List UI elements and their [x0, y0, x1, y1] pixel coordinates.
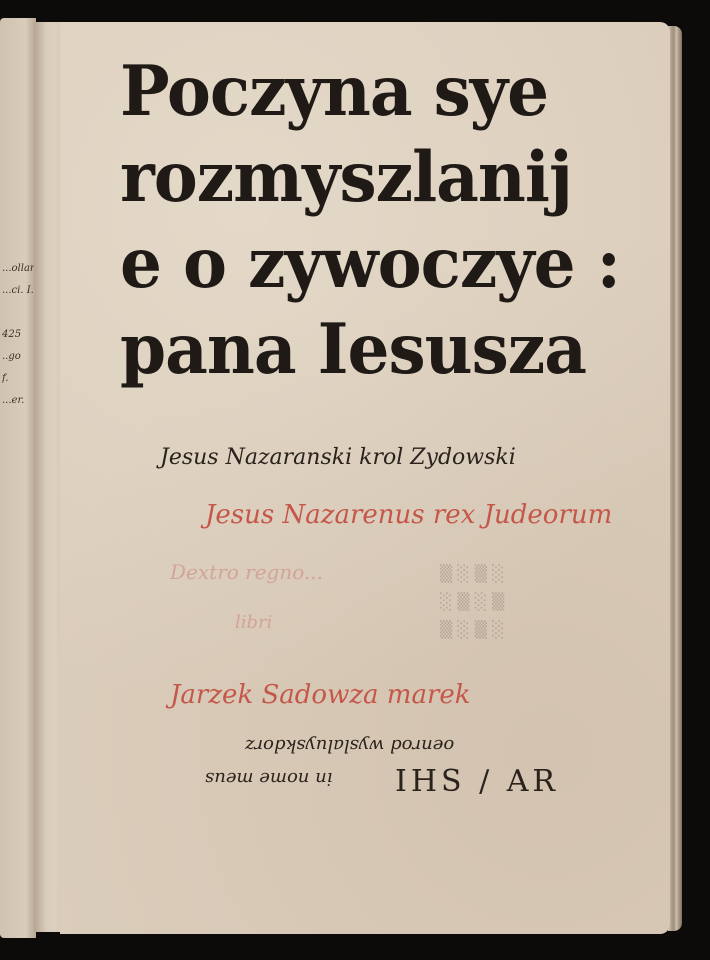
margin-note: ..go [2, 346, 36, 368]
margin-note: f. [2, 368, 36, 390]
latin-red-inscription: Jesus Nazarenus rex Judeorum [205, 500, 612, 530]
faded-red-inscription-2: libri [235, 612, 272, 633]
ihs-monogram: IHS / AR [395, 765, 559, 799]
margin-note [2, 302, 36, 324]
red-name-inscription: Jarzek Sadowza marek [170, 680, 471, 710]
margin-note: ...ollan [2, 258, 36, 280]
margin-note: ...ci. I. [2, 280, 36, 302]
faded-red-inscription: Dextro regno... [170, 560, 323, 584]
title-line: Poczyna sye [120, 46, 590, 136]
title-line: rozmyszlanij [120, 132, 590, 222]
upside-down-inscription-2: in nome meus [205, 768, 333, 789]
page-stack-edge [668, 26, 682, 931]
left-page-edge: ...ollan ...ci. I. 425 ..go f. ...er. [0, 18, 36, 938]
margin-note: ...er. [2, 390, 36, 412]
bleed-through-text: ▒ ░ ▒ ░░ ▒ ░ ▒▒ ░ ▒ ░ [440, 560, 504, 644]
title-line: pana Iesusza [120, 304, 590, 394]
polish-inscription: Jesus Nazaranski krol Zydowski [160, 445, 516, 470]
left-margin-notes: ...ollan ...ci. I. 425 ..go f. ...er. [2, 258, 36, 412]
page-title-blackletter: Poczyna sye rozmyszlanij e o zywoczye : … [120, 48, 590, 392]
upside-down-inscription-1: oenrod wyslaluyskdorz [245, 735, 454, 756]
title-line: e o zywoczye : [120, 218, 590, 308]
margin-note: 425 [2, 324, 36, 346]
